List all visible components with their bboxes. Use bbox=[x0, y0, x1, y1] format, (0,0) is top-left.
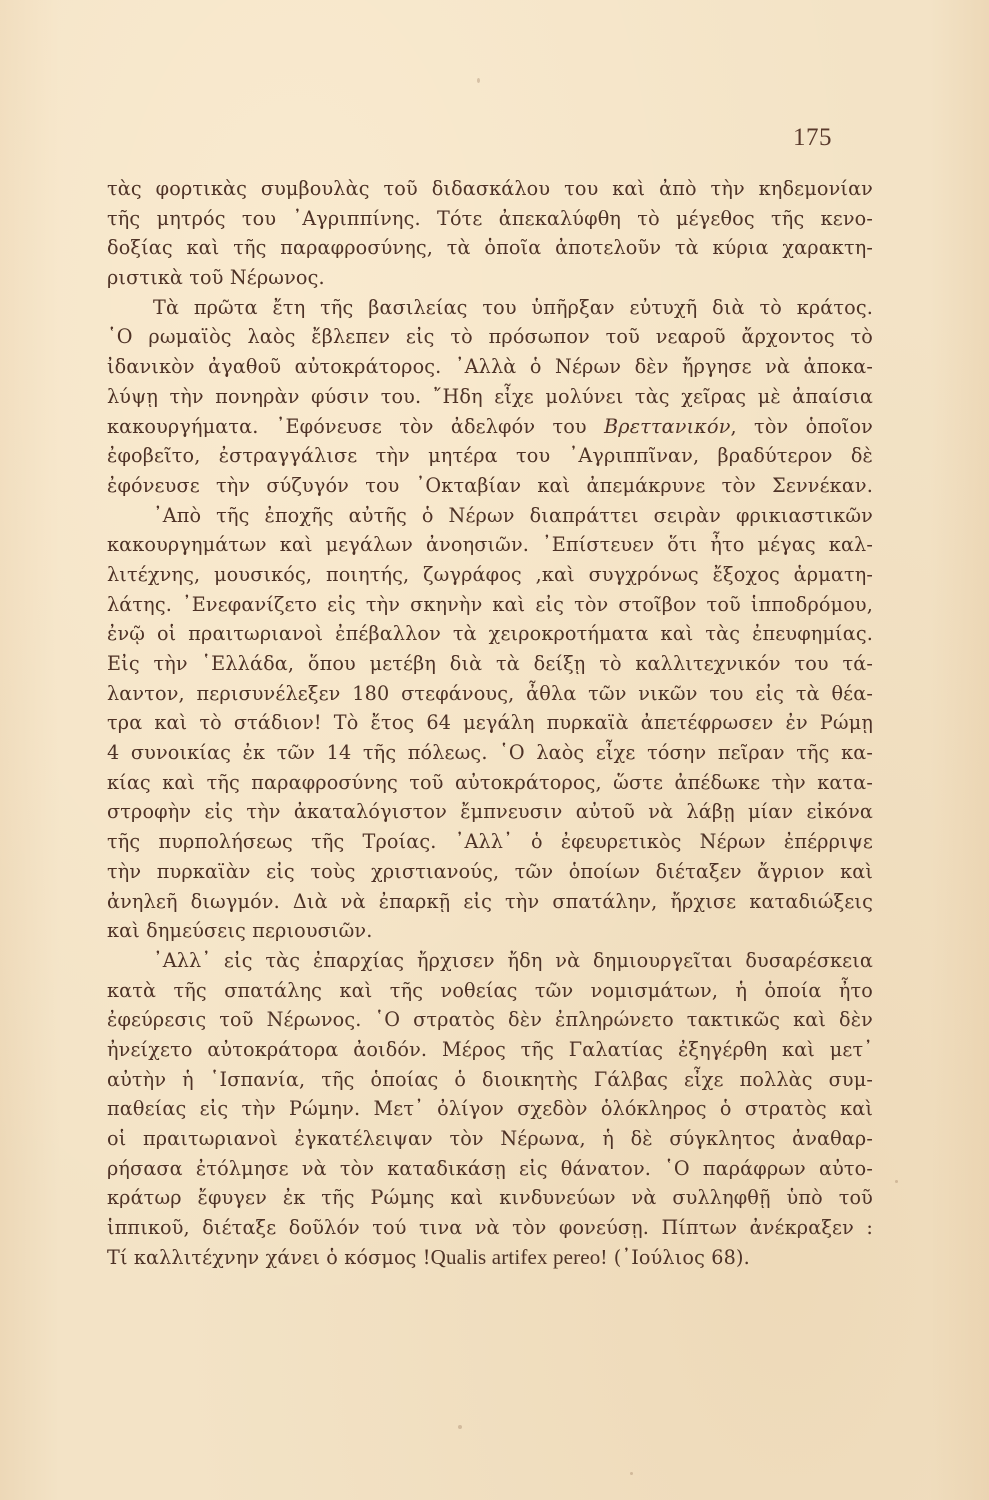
text-line: λύψῃ τὴν πονηρὰν φύσιν του. ῎Ηδη εἶχε μο… bbox=[107, 382, 873, 412]
text-line: στροφὴν εἰς τὴν ἀκαταλόγιστον ἔμπνευσιν … bbox=[107, 797, 873, 827]
page-number: 175 bbox=[793, 124, 832, 152]
text-line: Εἰς τὴν ῾Ελλάδα, ὅπου μετέβη διὰ τὰ δείξ… bbox=[107, 649, 873, 679]
text-line: λάτης. ᾿Ενεφανίζετο εἰς τὴν σκηνὴν καὶ ε… bbox=[107, 590, 873, 620]
text-line: κακουργημάτων καὶ μεγάλων ἀνοησιῶν. ᾿Επί… bbox=[107, 530, 873, 560]
paper-speck bbox=[477, 78, 480, 83]
italic-name: Βρεττανικόν bbox=[604, 415, 731, 438]
text-line: τὰς φορτικὰς συμβουλὰς τοῦ διδασκάλου το… bbox=[107, 174, 873, 204]
text-line: ἠνείχετο αὐτοκράτορα ἀοιδόν. Μέρος τῆς Γ… bbox=[107, 1035, 873, 1065]
text-segment: κακουργήματα. ᾿Εφόνευσε τὸν ἀδελφόν του bbox=[107, 415, 604, 438]
text-line: ἐφεύρεσις τοῦ Νέρωνος. ῾Ο στρατὸς δὲν ἐπ… bbox=[107, 1005, 873, 1035]
text-line: ἐφοβεῖτο, ἐστραγγάλισε τὴν μητέρα του ᾿Α… bbox=[107, 441, 873, 471]
text-line: λαντον, περισυνέλεξεν 180 στεφάνους, ἆθλ… bbox=[107, 679, 873, 709]
text-segment: , τὸν ὁποῖον bbox=[731, 415, 873, 438]
text-line: ῾Ο ρωμαϊὸς λαὸς ἔβλεπεν εἰς τὸ πρόσωπον … bbox=[107, 322, 873, 352]
text-line: ᾿Αλλ᾿ εἰς τὰς ἐπαρχίας ἤρχισεν ἤδη νὰ δη… bbox=[107, 946, 873, 976]
paper-speck bbox=[895, 1180, 898, 1183]
paper-speck bbox=[458, 1425, 462, 1429]
text-line: λιτέχνης, μουσικός, ποιητής, ζωγράφος ,κ… bbox=[107, 560, 873, 590]
text-line: τῆς μητρός του ᾿Αγριππίνης. Τότε ἀπεκαλύ… bbox=[107, 204, 873, 234]
text-line: ἰδανικὸν ἀγαθοῦ αὐτοκράτορος. ᾿Αλλὰ ὁ Νέ… bbox=[107, 352, 873, 382]
text-segment: (᾿Ιούλιος 68). bbox=[608, 1246, 750, 1269]
text-line: ἀνηλεῆ διωγμόν. Διὰ νὰ ἐπαρκῇ εἰς τὴν σπ… bbox=[107, 887, 873, 917]
text-line: 4 συνοικίας ἐκ τῶν 14 τῆς πόλεως. ῾Ο λαὸ… bbox=[107, 738, 873, 768]
text-line: τῆς πυρπολήσεως τῆς Τροίας. ᾿Αλλ᾿ ὁ ἐφευ… bbox=[107, 827, 873, 857]
text-line: ᾿Απὸ τῆς ἐποχῆς αὐτῆς ὁ Νέρων διαπράττει… bbox=[107, 501, 873, 531]
text-line: καὶ δημεύσεις περιουσιῶν. bbox=[107, 916, 873, 946]
text-line: Τὰ πρῶτα ἔτη τῆς βασιλείας του ὑπῆρξαν ε… bbox=[107, 293, 873, 323]
text-line: κράτωρ ἔφυγεν ἐκ τῆς Ρώμης καὶ κινδυνεύω… bbox=[107, 1183, 873, 1213]
text-line: τρα καὶ τὸ στάδιον! Τὸ ἔτος 64 μεγάλη πυ… bbox=[107, 708, 873, 738]
latin-quote: Qualis artifex pereo! bbox=[431, 1245, 608, 1269]
text-line: ἐνῷ οἱ πραιτωριανοὶ ἐπέβαλλον τὰ χειροκρ… bbox=[107, 619, 873, 649]
text-line: ριστικὰ τοῦ Νέρωνος. bbox=[107, 263, 873, 293]
text-line: κατὰ τῆς σπατάλης καὶ τῆς νοθείας τῶν νο… bbox=[107, 976, 873, 1006]
text-line: τὴν πυρκαϊὰν εἰς τοὺς χριστιανούς, τῶν ὁ… bbox=[107, 857, 873, 887]
body-text: τὰς φορτικὰς συμβουλὰς τοῦ διδασκάλου το… bbox=[107, 174, 873, 1272]
text-line: παθείας εἰς τὴν Ρώμην. Μετ᾿ ὀλίγον σχεδὸ… bbox=[107, 1094, 873, 1124]
book-page: 175 τὰς φορτικὰς συμβουλὰς τοῦ διδασκάλο… bbox=[0, 0, 989, 1500]
text-line: κίας καὶ τῆς παραφροσύνης τοῦ αὐτοκράτορ… bbox=[107, 768, 873, 798]
text-line: δοξίας καὶ τῆς παραφροσύνης, τὰ ὁποῖα ἀπ… bbox=[107, 233, 873, 263]
text-line: Τί καλλιτέχνην χάνει ὁ κόσμος !Qualis ar… bbox=[107, 1243, 873, 1273]
text-segment: Τί καλλιτέχνην χάνει ὁ κόσμος ! bbox=[107, 1246, 431, 1269]
text-line: ρήσασα ἐτόλμησε νὰ τὸν καταδικάσῃ εἰς θά… bbox=[107, 1154, 873, 1184]
text-line: οἱ πραιτωριανοὶ ἐγκατέλειψαν τὸν Νέρωνα,… bbox=[107, 1124, 873, 1154]
text-line: κακουργήματα. ᾿Εφόνευσε τὸν ἀδελφόν του … bbox=[107, 412, 873, 442]
text-line: ἐφόνευσε τὴν σύζυγόν του ᾿Οκταβίαν καὶ ἀ… bbox=[107, 471, 873, 501]
text-line: ἱππικοῦ, διέταξε δοῦλόν τού τινα νὰ τὸν … bbox=[107, 1213, 873, 1243]
text-line: αὐτὴν ἡ ῾Ισπανία, τῆς ὁποίας ὁ διοικητὴς… bbox=[107, 1065, 873, 1095]
paper-speck bbox=[630, 1472, 633, 1475]
